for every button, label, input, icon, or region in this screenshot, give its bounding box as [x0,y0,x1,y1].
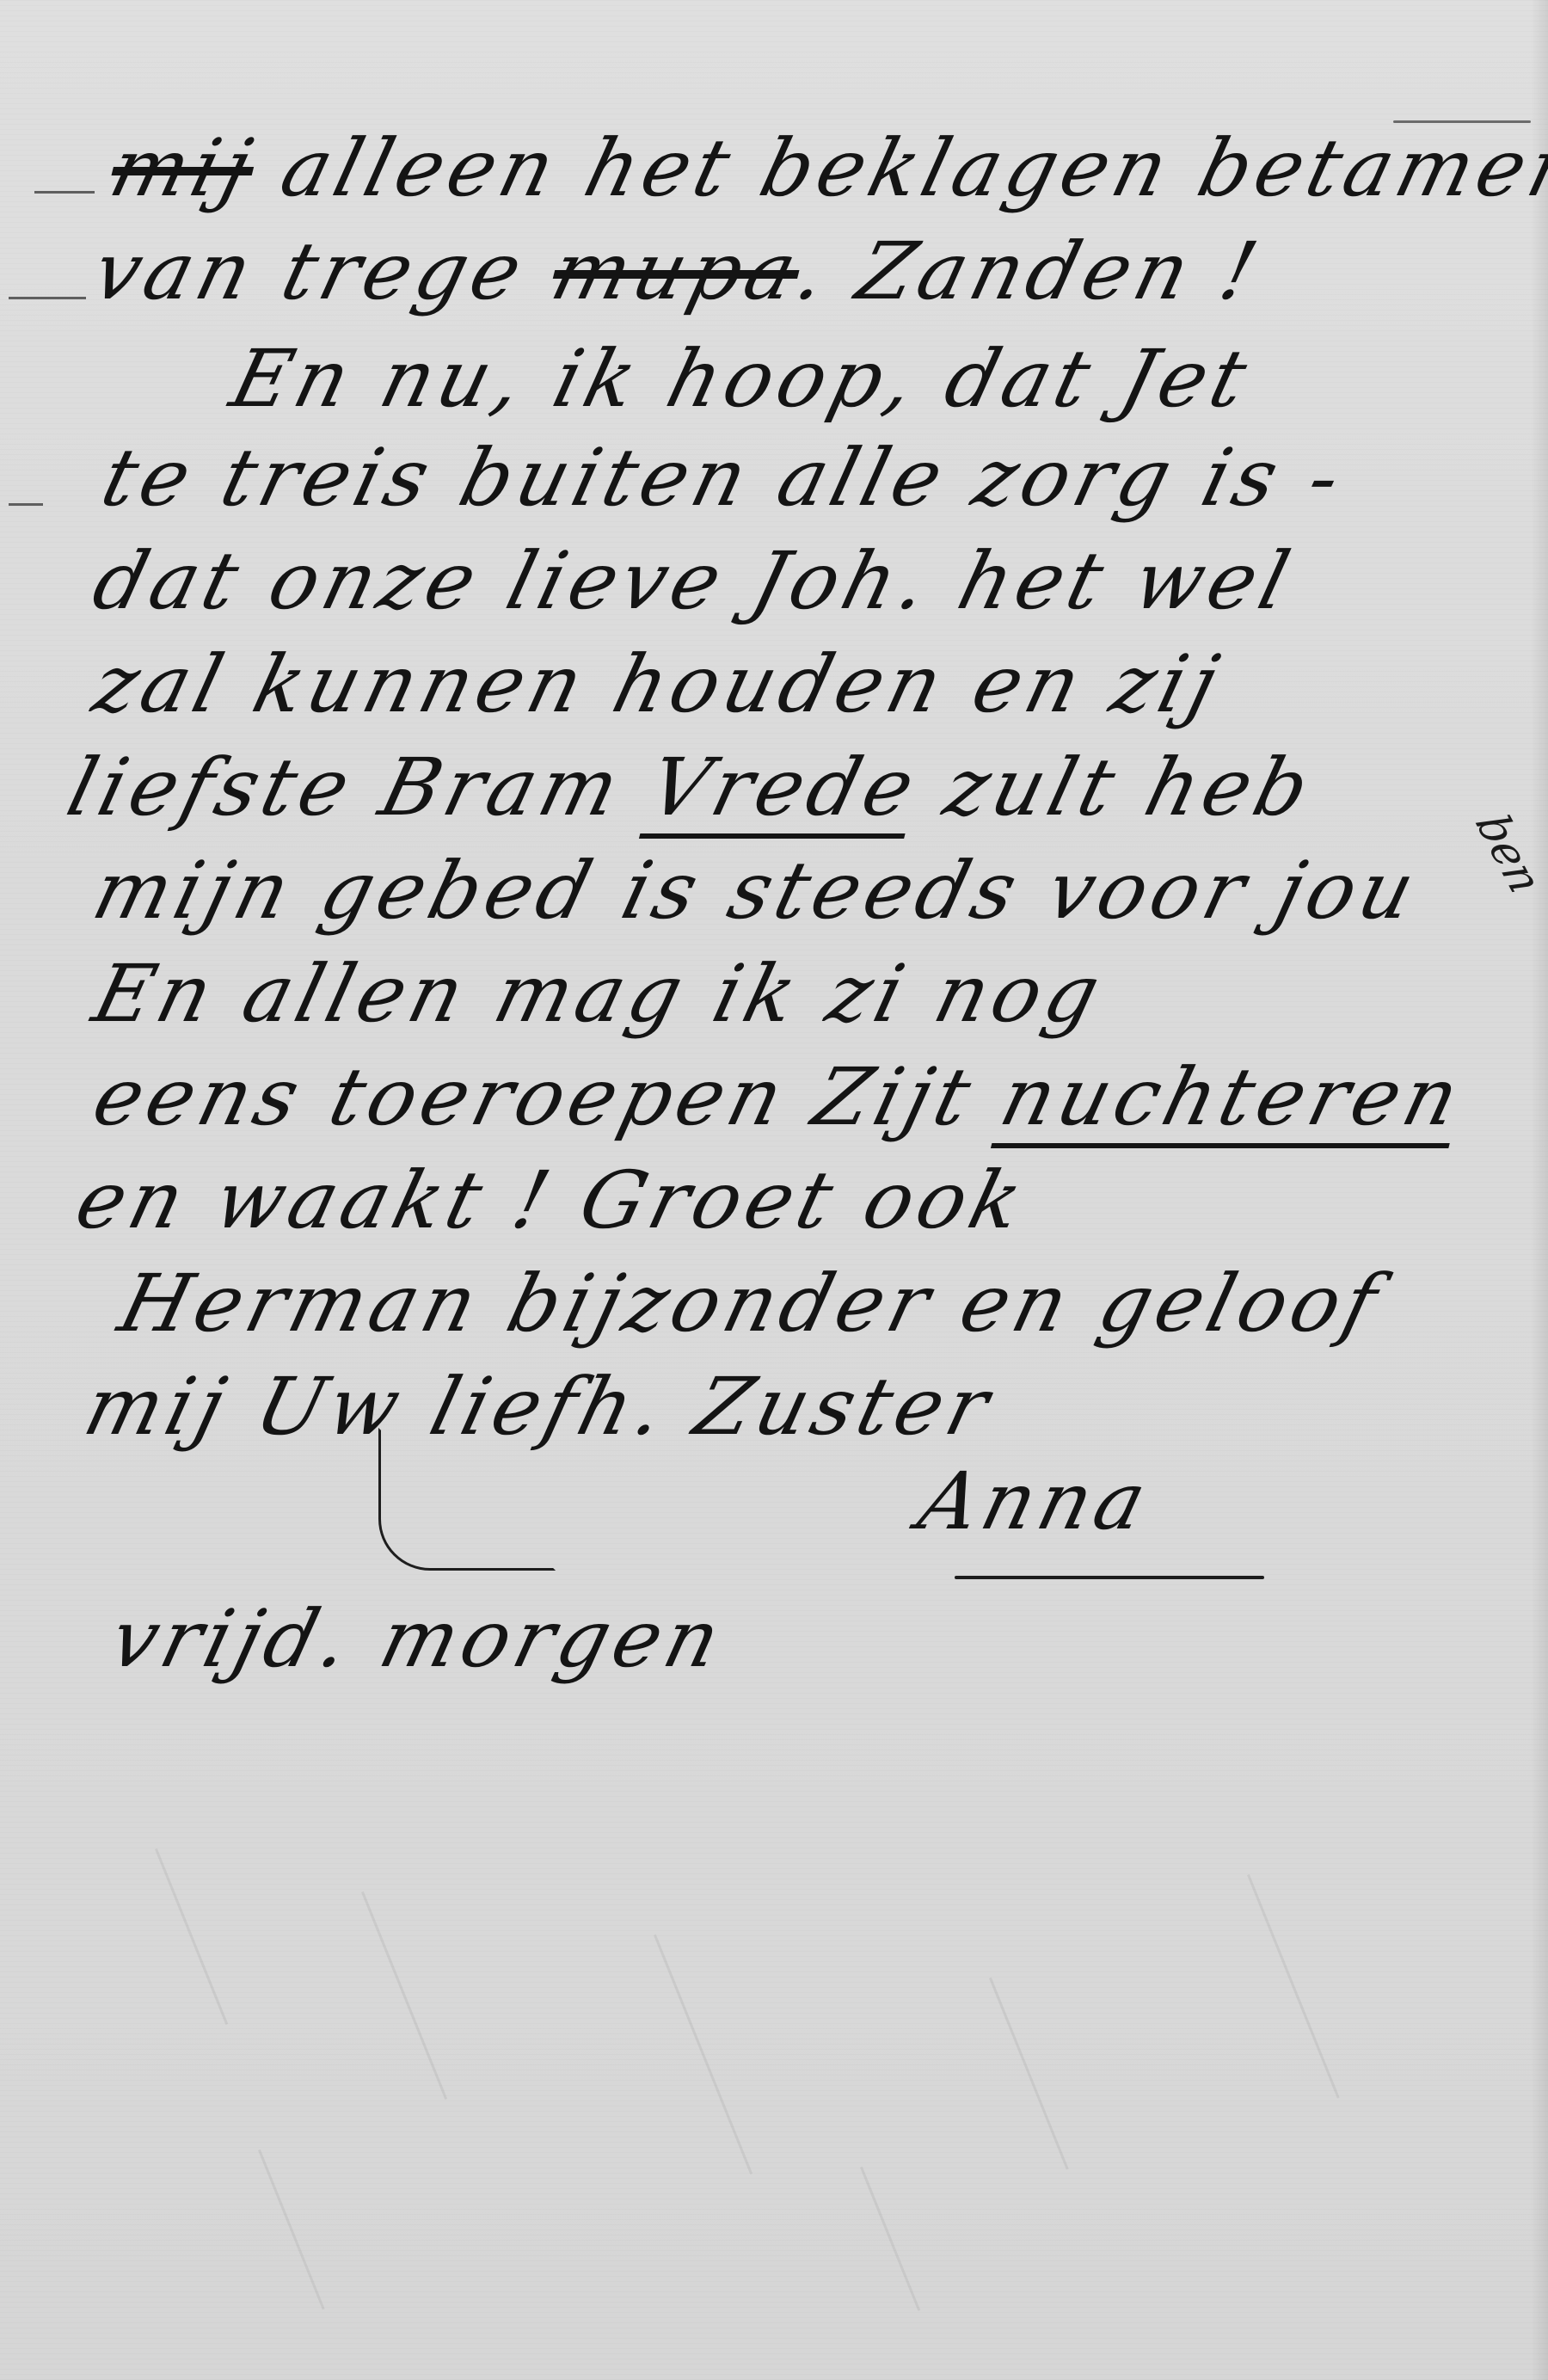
bleed-through-stroke [258,2149,325,2310]
letter-line-5: dat onze lieve Joh. het wel [86,542,1301,621]
letter-line-1: mij alleen het beklagen betamen [103,129,1548,208]
pen-flourish [378,1428,556,1571]
bleed-through-stroke [654,1934,752,2174]
signature: Anna [912,1462,1158,1541]
letter-line-10: eens toeroepen Zijt nuchteren [86,1058,1471,1137]
struck-word: mij [101,122,265,214]
letter-line-12: Herman bijzonder en geloof [112,1264,1389,1344]
date-note: vrijd. morgen [103,1600,732,1679]
letter-line-3: En nu, ik hoop, dat Jet [224,340,1259,419]
letter-line-2: van trege mupa. Zanden ! [86,232,1269,311]
underlined-word-vrede: Vrede [640,741,928,833]
margin-dash [9,297,86,299]
letter-page: mij alleen het beklagen betamen van treg… [0,0,1548,2380]
overline-stroke [1393,120,1531,123]
bleed-through-stroke [989,1977,1069,2170]
signature-underline [955,1576,1264,1579]
letter-line-11: en waakt ! Groet ook [69,1161,1035,1240]
margin-dash [9,503,43,506]
letter-line-7: liefste Bram Vrede zult heb [60,748,1321,827]
letter-line-9: En allen mag ik zi nog [86,955,1112,1034]
bleed-through-stroke [1247,1874,1340,2099]
letter-line-6: zal kunnen houden en zij [86,645,1230,724]
bleed-through-stroke [361,1891,447,2100]
bleed-through-stroke [155,1848,228,2025]
letter-line-4: te treis buiten alle zorg is - [95,439,1353,518]
underlined-word-nuchteren: nuchteren [992,1051,1472,1143]
page-edge-shadow [1531,0,1548,2380]
struck-word: mupa [544,225,811,317]
letter-line-8: mijn gebed is steeds voor jou [86,852,1427,931]
margin-dash [34,191,95,194]
bleed-through-stroke [860,2167,920,2311]
